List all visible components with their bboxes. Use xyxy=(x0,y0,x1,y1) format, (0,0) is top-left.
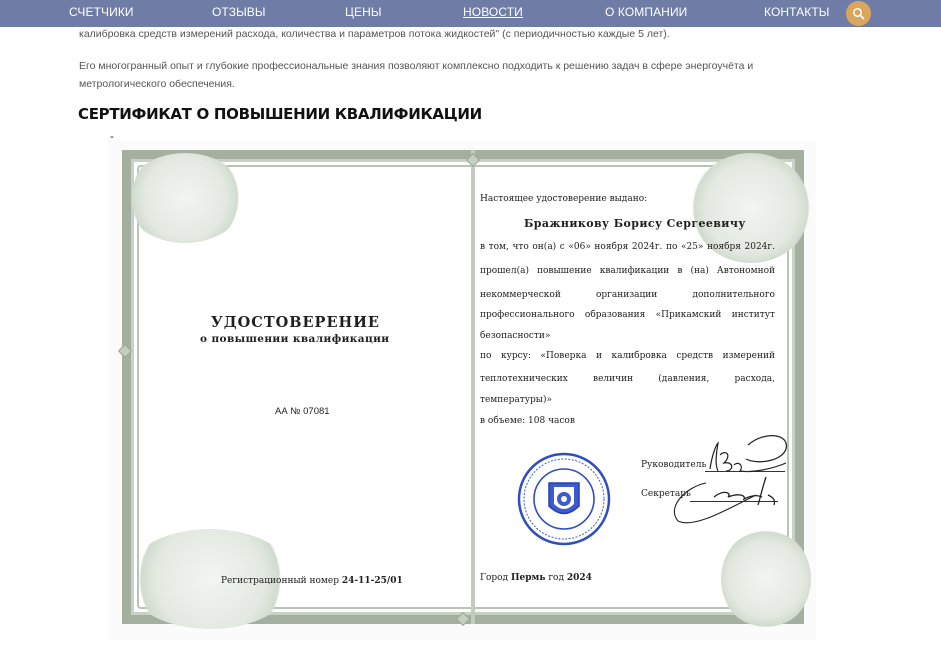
certificate-title: УДОСТОВЕРЕНИЕ xyxy=(211,314,380,331)
search-button[interactable] xyxy=(846,1,871,26)
recipient-name: Бражникову Борису Сергеевичу xyxy=(524,217,746,230)
nav-item-prices[interactable]: ЦЕНЫ xyxy=(345,5,382,19)
cert-word: «Поверка xyxy=(541,351,587,361)
cert-word: «Прикамский xyxy=(656,310,722,320)
cert-word: «06» xyxy=(568,242,590,252)
cert-word: некоммерческой xyxy=(480,290,561,300)
nav-item-reviews[interactable]: ОТЗЫВЫ xyxy=(212,5,266,19)
cert-text-line: профессиональногообразования«Прикамскийи… xyxy=(480,310,775,320)
cert-text-line: температуры)» xyxy=(480,395,552,405)
nav-item-contacts[interactable]: КОНТАКТЫ xyxy=(764,5,830,19)
paragraph-text: калибровка средств измерений расхода, ко… xyxy=(79,25,670,43)
certificate-number: АА № 07081 xyxy=(275,406,330,417)
registration-line: Регистрационный номер 24-11-25/01 xyxy=(221,576,403,586)
cert-text-line: безопасности» xyxy=(480,331,550,341)
cert-word: средств xyxy=(676,351,713,361)
paragraph-text: метрологического обеспечения. xyxy=(79,75,235,93)
cert-text-line: некоммерческойорганизациидополнительного xyxy=(480,290,775,300)
cert-word: организации xyxy=(596,290,657,300)
city-year-line: Город Пермь год 2024 xyxy=(480,573,592,583)
registration-number: 24-11-25/01 xyxy=(342,576,403,586)
certificate-subtitle: о повышении квалификации xyxy=(200,333,390,345)
cert-word: по xyxy=(480,351,491,361)
cert-text-line: втом,чтоон(а)с«06»ноября2024г.по«25»нояб… xyxy=(480,242,775,252)
cert-word: он(а) xyxy=(532,242,556,252)
year-label: год xyxy=(548,573,564,583)
city-value: Пермь xyxy=(511,573,545,583)
cert-word: измерений xyxy=(723,351,775,361)
cert-word: квалификации xyxy=(600,266,670,276)
certificate-image: УДОСТОВЕРЕНИЕ о повышении квалификации А… xyxy=(108,140,816,640)
course-volume: в объеме: 108 часов xyxy=(480,416,575,426)
cert-word: теплотехнических xyxy=(480,374,568,384)
cert-word: (на) xyxy=(690,266,708,276)
nav-item-news[interactable]: НОВОСТИ xyxy=(463,5,523,19)
cert-text-line: покурсу:«Поверкаикалибровкасредствизмере… xyxy=(480,351,775,361)
cert-word: ноября xyxy=(594,242,628,252)
cert-word: курсу: xyxy=(501,351,531,361)
cert-word: прошел(а) xyxy=(480,266,529,276)
nav-item-counters[interactable]: СЧЕТЧИКИ xyxy=(69,5,134,19)
cert-word: калибровка xyxy=(611,351,666,361)
cert-word: повышение xyxy=(537,266,592,276)
cert-word: (давления, xyxy=(658,374,709,384)
corner-ornament xyxy=(721,529,811,629)
cert-word: институт xyxy=(732,310,775,320)
year-value: 2024 xyxy=(567,573,592,583)
divider-ornament xyxy=(456,612,470,626)
center-divider xyxy=(471,150,475,624)
corner-ornament xyxy=(125,153,245,243)
cert-word: что xyxy=(512,242,528,252)
seal-stamp-icon xyxy=(516,451,612,547)
cert-word: «25» xyxy=(681,242,703,252)
cert-word: величин xyxy=(593,374,633,384)
top-navigation: СЧЕТЧИКИ ОТЗЫВЫ ЦЕНЫ НОВОСТИ О КОМПАНИИ … xyxy=(0,0,941,27)
cert-text-line: прошел(а)повышениеквалификациив(на)Автон… xyxy=(480,266,775,276)
cert-word: Автономной xyxy=(717,266,775,276)
signature-icon xyxy=(668,425,798,525)
cert-word: с xyxy=(560,242,565,252)
cert-word: том, xyxy=(489,242,509,252)
paragraph-text: Его многогранный опыт и глубокие професс… xyxy=(79,57,753,75)
city-label: Город xyxy=(480,573,508,583)
cert-word: по xyxy=(666,242,677,252)
cert-word: расхода, xyxy=(735,374,775,384)
cert-word: и xyxy=(596,351,602,361)
cert-word: образования xyxy=(585,310,645,320)
cert-word: дополнительного xyxy=(692,290,775,300)
nav-item-about[interactable]: О КОМПАНИИ xyxy=(605,5,687,19)
cert-word: ноября xyxy=(707,242,741,252)
cert-word: 2024г. xyxy=(745,242,775,252)
registration-label: Регистрационный номер xyxy=(221,576,339,586)
cert-word: профессионального xyxy=(480,310,575,320)
search-icon xyxy=(852,7,865,20)
issued-to-label: Настоящее удостоверение выдано: xyxy=(480,194,647,204)
cert-word: 2024г. xyxy=(632,242,662,252)
cert-text-line: теплотехническихвеличин(давления,расхода… xyxy=(480,374,775,384)
cert-word: в xyxy=(677,266,682,276)
side-ornament xyxy=(118,344,132,358)
cert-word: в xyxy=(480,242,485,252)
section-heading: СЕРТИФИКАТ О ПОВЫШЕНИИ КВАЛИФИКАЦИИ xyxy=(78,105,482,123)
